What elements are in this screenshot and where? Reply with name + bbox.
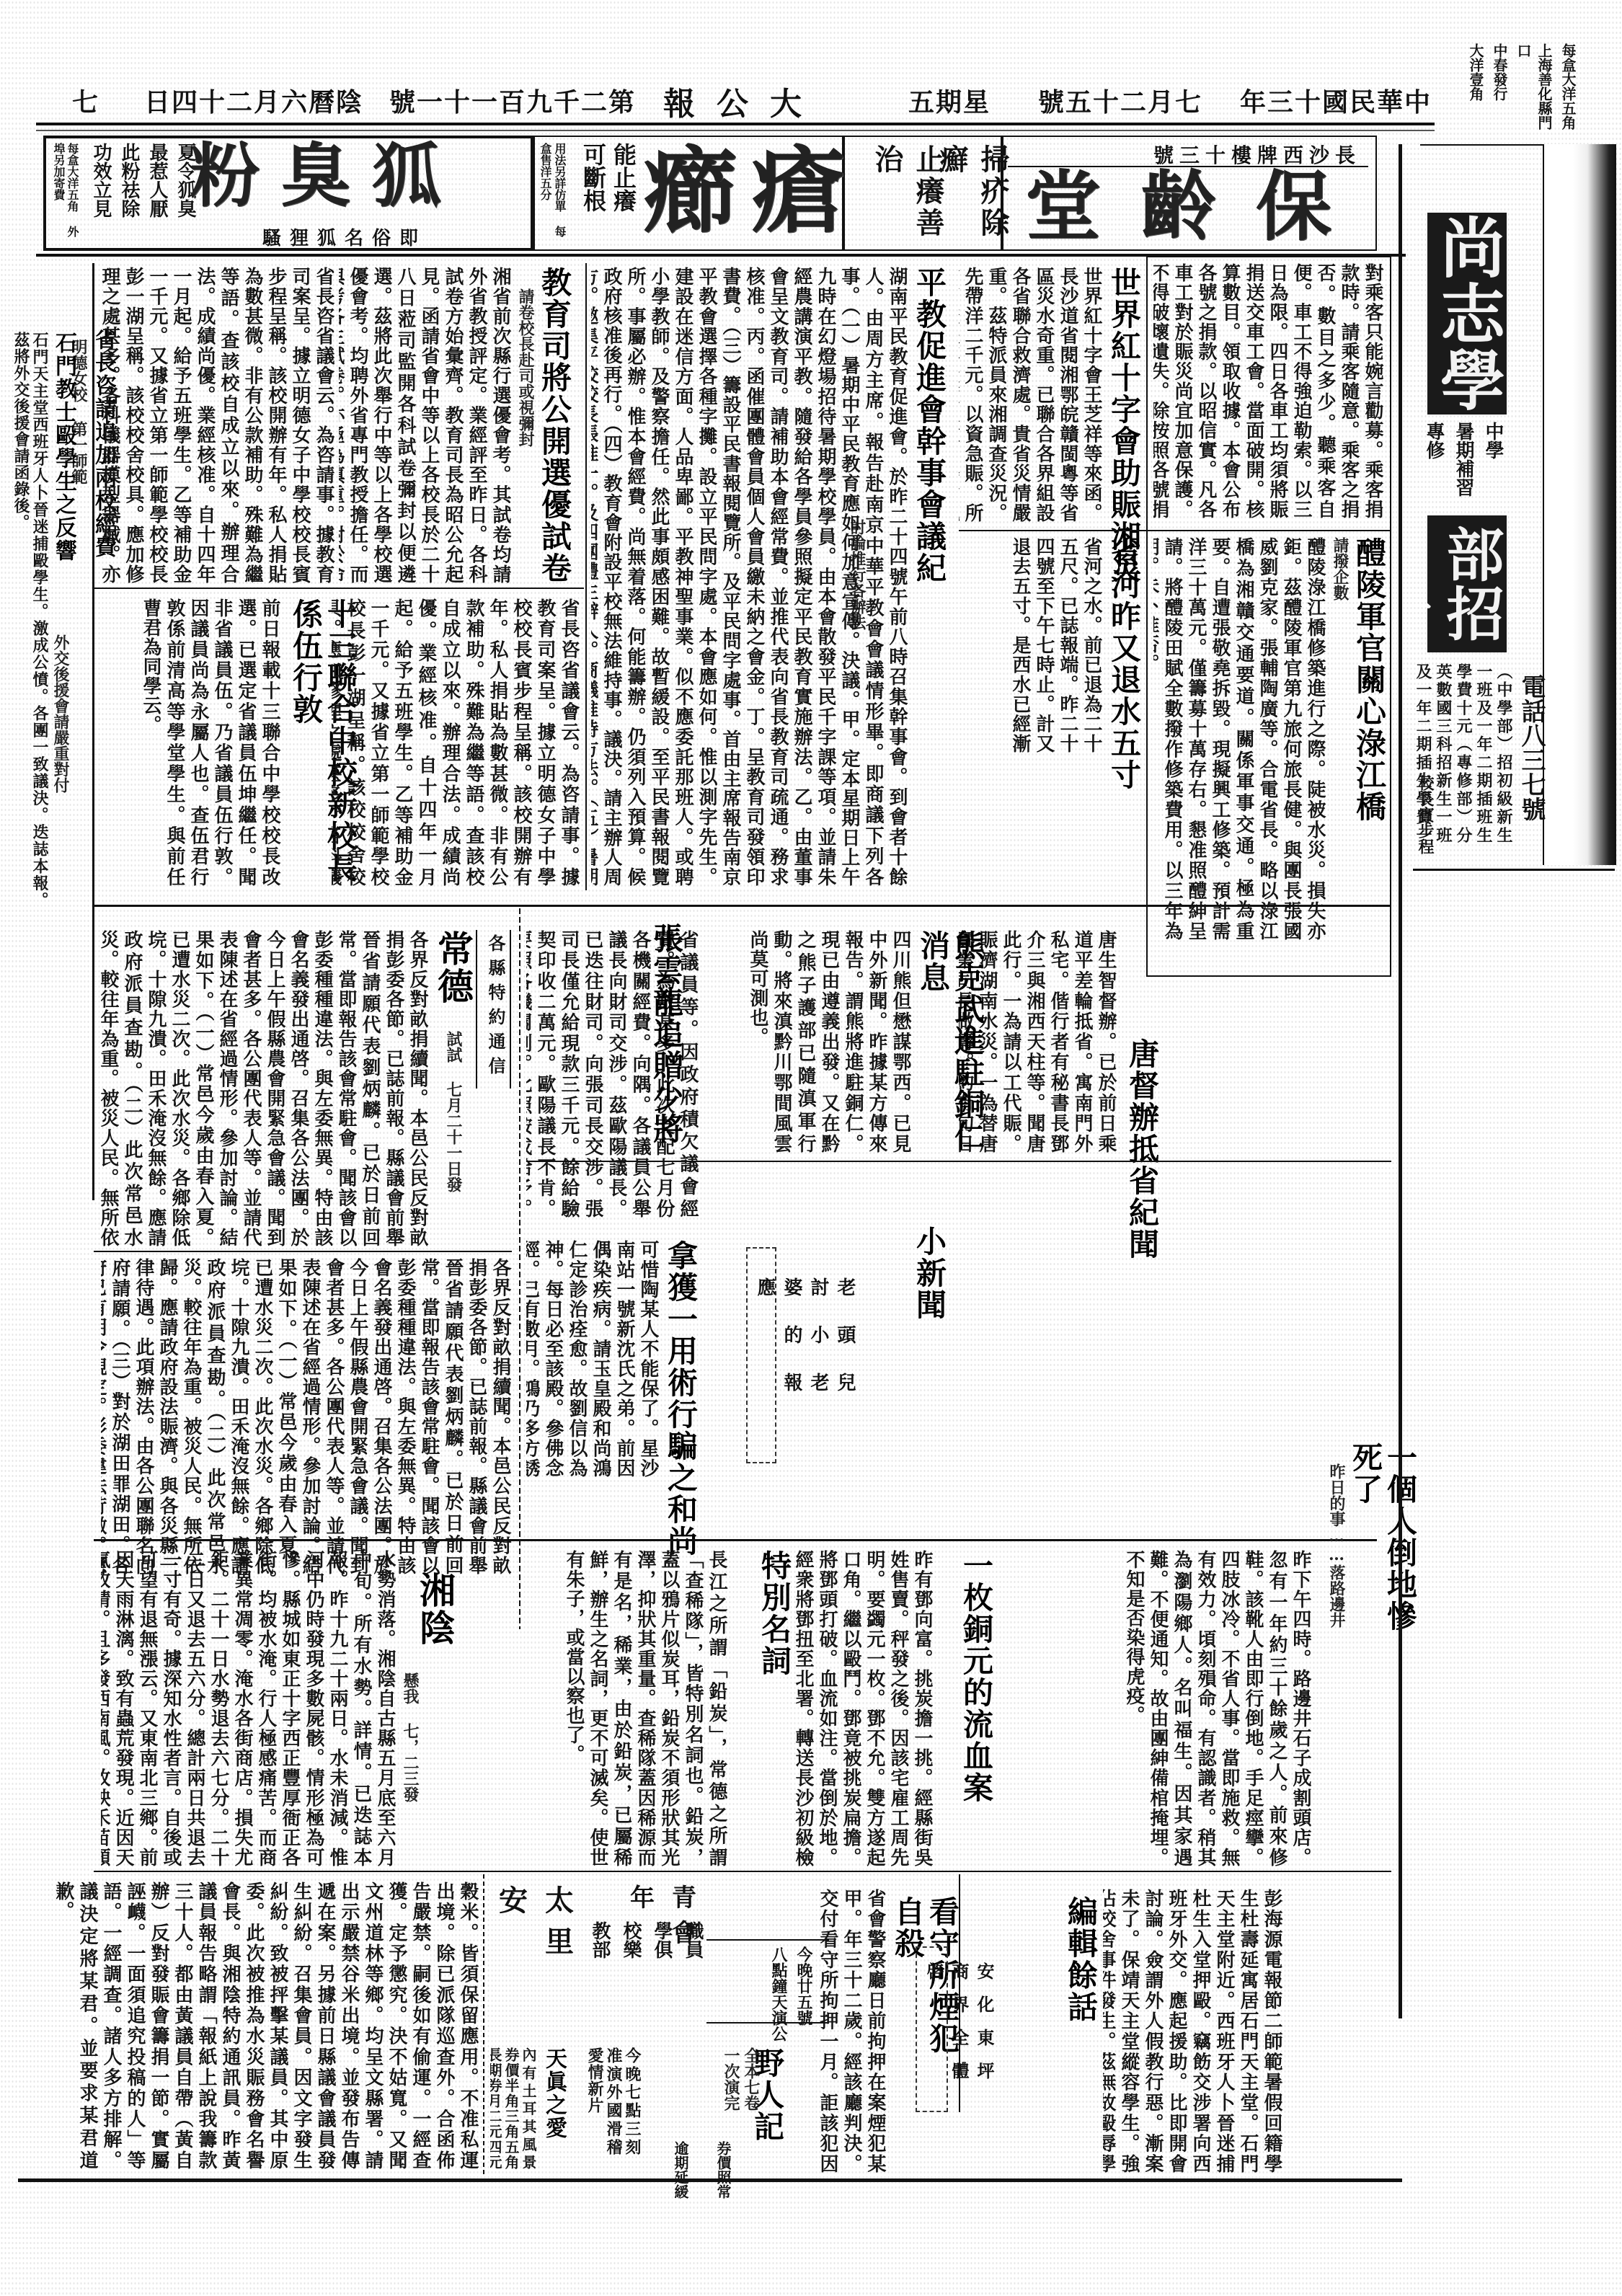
ad-shangzhi-school: 尚志學校 中學 暑期補習 專修 部招生 電話八三七號 （中學部）招初級新生一班及…	[1399, 144, 1622, 1312]
headline-changde: 常德	[433, 930, 473, 1016]
left-col-rule	[92, 263, 94, 1200]
ad-baoling-tang: 長沙西牌樓十三號 保齡堂	[1002, 136, 1377, 251]
article-education-meeting: 湖南平民教育促進會。於昨二十四號午前八時召集幹事會。到會者十餘人。由周方主席。報…	[591, 267, 908, 887]
masthead: 七 陰曆六月二十四日 第二千九百一十一號 大公報 星期五 七月二十五號 中華民國…	[72, 72, 1463, 123]
school-principal: 校長賓步程	[1414, 775, 1437, 854]
ulcer-title: 瘡癤	[643, 144, 859, 238]
subhead-exam-papers: 請卷校長赴司或視彌封	[515, 288, 536, 505]
article-tang: 四川熊但懋謀鄂西。已見中外新聞。昨據某方傳來報告。謂熊將進駐銅仁。現已由遵義出發…	[750, 930, 912, 1153]
school-title: 尚志學校	[1427, 213, 1507, 415]
dateline-changde: 試試 七月二十一日發	[443, 1031, 464, 1247]
cinema-prices: 內有土耳其風景 券價半角三角五角 長期券月二元四元六元	[490, 2047, 537, 2170]
col-divider-1	[585, 263, 587, 890]
section-small-news: 老頭兒討小老婆的報應	[746, 1247, 776, 1463]
rule-r1a	[959, 530, 1391, 531]
ad-top-right-notice: 每盒大洋五角 上海善化縣門口 中春發行 大洋壹角	[1420, 43, 1579, 146]
fox-title: 狐臭粉	[190, 141, 463, 210]
article-river-recedes: 省河之水。前已退為二十五尺。已誌報端。昨二十四號至下午七時止。計又退去五寸。是西…	[1009, 537, 1103, 753]
ad-cinema: 今晚廿五號 八點鐘天演公 今晚七點三刻准演外國滑稽愛情新片 天眞之愛 內有土耳其…	[490, 1939, 836, 2177]
col-divider-3	[483, 1874, 484, 2177]
section-editor-note: 安化東坪商界全體啓	[916, 1946, 948, 2112]
page-number: 七	[72, 82, 99, 119]
date: 七月二十五號	[1038, 82, 1202, 119]
ad-fox-powder: 每盒大洋五角 外埠另加寄費 夏令狐臭 最惹人厭 此粉祛除 功效立見 狐臭粉 即俗…	[43, 136, 533, 251]
article-fall-dead-body: 彭海源電報節二師範暑假回籍學生杜壽延寓居石門天主堂。石門天主堂附近。西班牙人卜晉…	[1103, 1889, 1283, 2173]
cinema-body: 今晚七點三刻准演外國滑稽愛情新片	[577, 2047, 642, 2155]
subhead-student-beaten: 外交後援會請嚴重對付	[50, 634, 71, 872]
article-xiangyin-cont: 穀米。皆須保留應用。不准私運出境。除已派隊巡查外。合函佈告嚴禁。嗣後如有偷運。一…	[18, 1881, 479, 2170]
headline-student-beaten: 石門教士毆學生之反響	[50, 332, 76, 620]
ulcer-copy-1: 能止癢	[607, 143, 640, 212]
col-divider-4	[959, 1874, 960, 2112]
subhead-liling-bridge: 請撥企數	[1330, 537, 1350, 681]
bottom-rule	[18, 2178, 1402, 2182]
masthead-calligraphy-strip	[1543, 144, 1616, 865]
rule-r1b	[94, 588, 584, 589]
dateline-xiangyin: 懸我 七，二三發	[400, 1672, 420, 1817]
article-school-funds: 省長咨省議會云。為咨請事。據教育司案呈。據立明德女子中學校校長賓步程呈稱。該校開…	[101, 267, 335, 584]
article-jail-cont	[952, 1168, 1139, 1406]
cinema-film-title: 天眞之愛	[541, 2047, 567, 2170]
article-joint-school: 前日報載十三聯合中學校校長改選。已選定省議員伍坤繼任。聞非省議員伍。乃省議員伍行…	[101, 598, 281, 887]
school-title-2: 部招生	[1427, 515, 1507, 652]
article-special-terms: 省會警察廳日前拘押在案煙犯某甲。年三十二歲。經該廳判決。交付看守所拘押一月。詎該…	[815, 1889, 887, 2173]
headline-bandit: 張雲龍追贈少將	[649, 923, 683, 1211]
ad-skin-cure: 止癢善治 掃疥除癬	[843, 136, 1002, 251]
article-school-funds-cont: 省長咨省議會云。為咨請事。據教育司案呈。據立明德女子中學校校長賓步程呈稱。該校開…	[332, 598, 580, 887]
cinema-header-2: 八點鐘天演公	[768, 1946, 790, 2042]
headline-exam-papers: 教育司將公開選優試卷	[537, 267, 572, 642]
school-left-border	[1399, 144, 1402, 1312]
article-exam-papers: 湘省前次縣行選優會考。其試卷均請外省教授評定。業經評至昨日。各科試卷方始彙齊。教…	[339, 267, 512, 584]
cinema-rule-mid	[706, 2022, 829, 2024]
article-red-cross: 世界紅十字會王芝祥等來函。長沙道省閱湘鄂皖贛閩粵等省區災水奇重。已聯合各界組設各…	[959, 267, 1103, 523]
fox-tagline: 即俗名狐狸騷	[262, 223, 427, 250]
school-phone: 電話八三七號	[1514, 674, 1549, 821]
masthead-rule	[36, 123, 1435, 125]
masthead-rule-2	[36, 130, 1435, 131]
cinema-footer: 券價照常 逾期延緩	[670, 2141, 734, 2199]
cinema-rule-top	[706, 1939, 829, 1941]
cinema-feature-note: 全本七卷 一次演完	[721, 2047, 761, 2141]
paper-name: 大公報	[663, 78, 823, 124]
headline-old-woman: 特別名詞	[757, 1550, 792, 1867]
fox-price: 每盒大洋五角 外埠另加寄費	[52, 143, 79, 247]
subhead-jail-suicide: 昨日的事……落路邊井	[1326, 1463, 1347, 1651]
headline-liling-bridge: 醴陵軍官關心淥江橋	[1352, 537, 1386, 941]
ulcer-copy-2: 可斷根	[577, 143, 610, 212]
article-xiangyin: 水勢消落。湘陰自古縣五月底至六月中旬。所有水勢。詳情。已迭誌本報。昨十九二十兩日…	[101, 1550, 396, 1867]
article-monk-context	[433, 1550, 512, 1867]
headline-copper-coin: 編輯餘話	[1063, 1896, 1098, 2184]
article-jail-suicide: 昨下午四時。路邊井石子成割頭店。忽有一年約三十餘歲之人。前來修鞋。該靴人由即行倒…	[1009, 1550, 1312, 1867]
headline-tang: 熊克武進駐銅仁消息	[916, 930, 985, 1175]
article-liling-bridge: 醴陵淥江橋修築進行之際。陡被水災。損失亦鉅。茲醴陵軍官第九旅何旅長健。與團長張國…	[1153, 537, 1326, 941]
article-open-letter-cont	[1413, 1658, 1499, 1838]
issue-number: 第二千九百一十一號	[389, 82, 636, 119]
headline-education-meeting: 平教促進會幹事會議紀	[912, 267, 947, 627]
ad-taian-li: 太安里	[490, 1878, 591, 1936]
rule-row3-mid	[94, 1871, 1391, 1872]
weekday: 星期五	[908, 82, 991, 119]
article-changde: 各界反對畝捐續聞。本邑公民反對畝捐彭委各節。已誌前報。縣議會前舉晉省請願代表劉炳…	[101, 930, 429, 1247]
article-old-woman: 長江之所謂「鉛炭」，常德之所謂「查稀隊」，皆特別名詞也。鉛炭，蓋以鴉片似炭耳，鉛…	[526, 1550, 728, 1867]
fox-copy: 夏令狐臭 最惹人厭 此粉祛除 功效立見	[88, 143, 199, 247]
rule-changde	[94, 1251, 512, 1252]
right-strip-bottom-border	[1399, 1298, 1402, 2018]
year: 中華民國十三年	[1240, 82, 1432, 119]
article-spanish-priest	[1153, 959, 1391, 1211]
section-county-correspondence: 各縣特約通信	[476, 930, 511, 1089]
headline-zhang-yunlong: 小新聞	[912, 1225, 947, 1456]
ulcer-note: 用法另詳仿單 每盒售洋五分	[538, 143, 567, 244]
baoling-title: 保齡堂	[1025, 169, 1371, 244]
cinema-header: 今晚廿五號	[793, 1946, 815, 2026]
article-assembly-rice: 可惜陶某人不能保了。星沙南站一號新沈氏之弟。前因偶染疾病。請玉皇殿和尚鴻仁定診治…	[526, 1240, 660, 1478]
open-letter-body	[1413, 879, 1615, 1305]
headline-river-recedes: 省河昨又退水五寸	[1107, 537, 1141, 897]
article-copper-coin	[966, 1889, 1060, 2173]
col-divider-2	[519, 908, 520, 1629]
rule-row3	[94, 1539, 1377, 1541]
skin-copy-1: 掃疥除癬	[931, 144, 1014, 249]
article-changde-cont: 各界反對畝捐續聞。本邑公民反對畝捐彭委各節。已誌前報。縣議會前舉晉省請願代表劉炳…	[101, 1258, 512, 1575]
ad-ulcer-medicine: 用法另詳仿單 每盒售洋五分 可斷根 能止癢 瘡癤	[533, 136, 843, 251]
article-passenger-donation: 對乘客只能婉言勸募。乘客捐款時。請乘客隨意。乘客之捐否。數目之多少。聽乘客自便。…	[1153, 263, 1384, 519]
article-monk-fraud: 昨有鄧向富。挑炭擔一挑。經縣街吳姓售賣。秤發之後。因該宅雇工周先明。要蠲元一枚。…	[793, 1550, 934, 1867]
headline-monk-fraud: 一枚銅元的流血案	[959, 1550, 993, 1867]
rule-row2	[94, 905, 1391, 907]
school-bottom-rule	[1413, 869, 1615, 871]
school-subtitle: 中學 暑期補習 專修	[1427, 422, 1507, 508]
rule-r2b	[526, 1161, 1391, 1162]
lunar-date: 陰曆六月二十四日	[144, 82, 363, 119]
article-student-beaten: 石門天主堂西班牙人卜晉迷捕毆學生。激成公憤。各團一致議決。迭誌本報。茲將外交後援…	[14, 332, 49, 908]
headline-jail-suicide: 一個人倒地慘死了	[1348, 1442, 1417, 1658]
